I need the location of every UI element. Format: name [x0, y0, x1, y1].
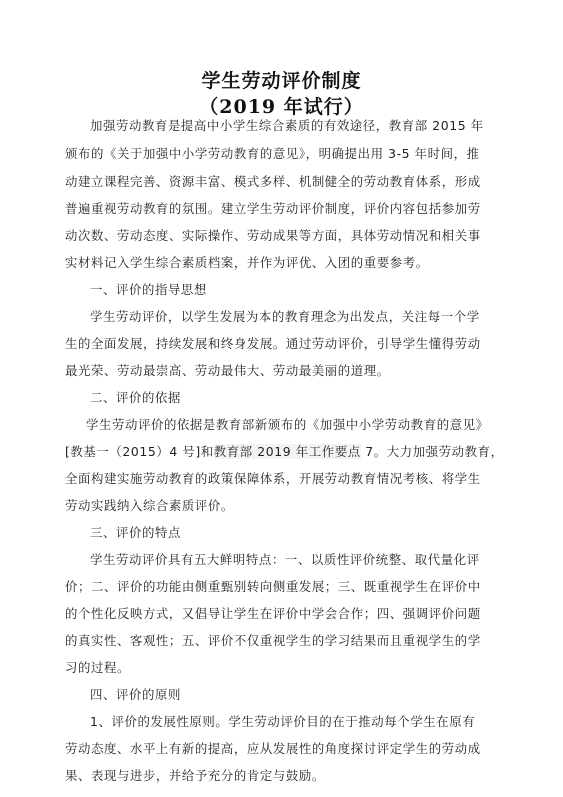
highlighted-text: 教育部 2019 年工作要点 — [214, 444, 361, 459]
section4-line-2: 劳动态度、水平上有新的提高，应从发展性的角度探讨评定学生的劳动成 — [65, 741, 465, 757]
intro-line-2: 颁布的《关于加强中小学劳动教育的意见》，明确提出用 3-5 年时间，推 — [65, 146, 465, 162]
section-heading-1: 一、评价的指导思想 — [90, 282, 490, 298]
section2-line-4: 劳动实践纳入综合素质评价。 — [65, 498, 465, 514]
section2-line-2-part-c: 7。大力加强劳动教育， — [361, 444, 504, 459]
section2-line-2: [教基一（2015）4 号]和教育部 2019 年工作要点 7。大力加强劳动教育… — [65, 444, 465, 460]
document-subtitle: （2019 年试行） — [0, 92, 563, 119]
section-heading-4: 四、评价的原则 — [90, 687, 490, 703]
intro-line-4: 普遍重视劳动教育的氛围。建立学生劳动评价制度，评价内容包括参加劳 — [65, 201, 465, 217]
section1-line-1: 学生劳动评价，以学生发展为本的教育理念为出发点，关注每一个学 — [90, 309, 490, 325]
intro-line-6: 实材料记入学生综合素质档案，并作为评优、入团的重要参考。 — [65, 255, 465, 271]
section-heading-3: 三、评价的特点 — [90, 525, 490, 541]
section4-line-3: 果、表现与进步，并给予充分的肯定与鼓励。 — [65, 768, 465, 784]
intro-line-3: 动建立课程完善、资源丰富、模式多样、机制健全的劳动教育体系，形成 — [65, 174, 465, 190]
intro-line-1: 加强劳动教育是提高中小学生综合素质的有效途径，教育部 2015 年 — [90, 118, 490, 134]
section2-line-2-part-a: [教基一（2015）4 号]和 — [65, 444, 214, 459]
section4-line-1: 1、评价的发展性原则。学生劳动评价目的在于推动每个学生在原有 — [90, 714, 490, 730]
section2-line-3: 全面构建实施劳动教育的政策保障体系，开展劳动教育情况考核、将学生 — [65, 471, 465, 487]
intro-line-5: 动次数、劳动态度、实际操作、劳动成果等方面，具体劳动情况和相关事 — [65, 228, 465, 244]
section1-line-2: 生的全面发展，持续发展和终身发展。通过劳动评价，引导学生懂得劳动 — [65, 336, 465, 352]
document-page: 学生劳动评价制度 （2019 年试行） 加强劳动教育是提高中小学生综合素质的有效… — [0, 0, 563, 797]
section3-line-3: 的个性化反映方式，又倡导让学生在评价中学会合作；四、强调评价问题 — [65, 606, 465, 622]
section1-line-3: 最光荣、劳动最崇高、劳动最伟大、劳动最美丽的道理。 — [65, 363, 465, 379]
section3-line-1: 学生劳动评价具有五大鲜明特点：一、以质性评价统整、取代量化评 — [90, 552, 490, 568]
section3-line-5: 习的过程。 — [65, 660, 465, 676]
section3-line-2: 价；二、评价的功能由侧重甄别转向侧重发展；三、既重视学生在评价中 — [65, 579, 465, 595]
section-heading-2: 二、评价的依据 — [90, 390, 490, 406]
document-title: 学生劳动评价制度 — [0, 66, 563, 93]
section3-line-4: 的真实性、客观性；五、评价不仅重视学生的学习结果而且重视学生的学 — [65, 633, 465, 649]
section2-line-1: 学生劳动评价的依据是教育部新颁布的《加强中小学劳动教育的意见》 — [86, 417, 486, 433]
